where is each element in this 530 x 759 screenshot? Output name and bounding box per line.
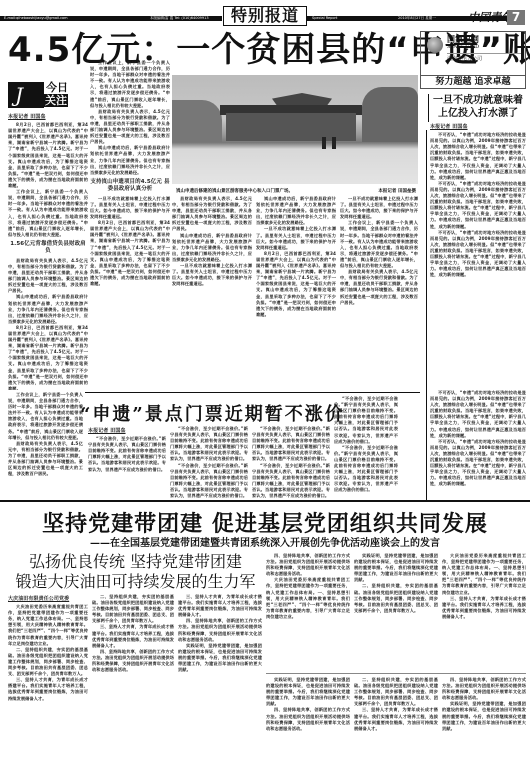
- lower-col7-text: 实践证明，坚持党建带团建，是加强团的建设的根本保证，也是促进油田可持续发展的重要…: [266, 677, 350, 707]
- lead-col3-text-2: 崀山申遗成功后，新宁县委县政府计划依托世界遗产品牌，大力发展旅游产业，力争几年内…: [172, 233, 252, 263]
- masthead-date: 2010年8月27日 星期一: [398, 16, 436, 21]
- photo-credit: 本报记者 田国垒摄: [378, 188, 416, 194]
- ad-company: 湖南省电力公司: [447, 56, 482, 62]
- lower-inner-rule: [266, 673, 526, 674]
- lower-column-8: 二、坚持组织共建，夯实团的基层基础。油田各级党组织把团组织建设纳入党建工作整体规…: [354, 677, 438, 755]
- lower-subheadline: ——在全国基层党建带团建暨共青团系统深入开展创先争优活动座谈会上的发言: [0, 534, 530, 549]
- photo-caption: 崀山申遗后修建的崀山景区游客服务中心和入口门票广场。 本报记者 田国垒摄: [176, 188, 416, 194]
- lower-col3-text-2: 四、坚持阵地共享，创新团的工作方式方法。油田党组织为团组织开展活动提供场所和经费…: [178, 618, 262, 642]
- lead-col1-tail-text-2: 县财政局有关负责人表示，4.5亿元中，有相当部分为银行贷款和借款。为了申遗，县里…: [8, 441, 83, 478]
- photo-trees-right: [362, 87, 418, 142]
- lead-col5-text-2: 工作会议上，新宁县委一个负责人说，申遗期间，全县各部门通力合作，历时一年多。当地…: [340, 220, 418, 269]
- lower-column-3: 三、坚持人才共育，为青年成长成才搭建平台。我们实施青年人才培养工程，选拔优秀青年…: [178, 594, 262, 754]
- state-grid-logo-icon: [427, 37, 443, 53]
- lead-col4-text: 崀山申遗成功后，新宁县委县政府计划依托世界遗产品牌，大力发展旅游产业，力争几年内…: [256, 196, 336, 226]
- photo-trees-left: [172, 100, 222, 142]
- lower-col4-text: 四、坚持阵地共享，创新团的工作方式方法。油田党组织为团组织开展活动提供场所和经费…: [266, 553, 350, 577]
- lead-col1-text: 8月2日，巴西首都巴西利亚，第34届世界遗产大会上，以崀山为代表的“中国丹霞”被…: [8, 122, 88, 189]
- lower-col1-text: 大庆油田党委历来高度重视共青团工作，坚持把党建带团建作为一项重要任务，纳入党建工…: [8, 604, 88, 647]
- lower-col2-text-3: 四、坚持阵地共享，创新团的工作方式方法。油田党组织为团组织开展活动提供场所和经费…: [92, 649, 174, 673]
- ad-box: 国家电网 STATE GRID 湖南省电力公司: [420, 31, 526, 76]
- lower-column-1: 大庆油田有限责任公司党委 大庆油田党委历来高度重视共青团工作，坚持把党建带团建作…: [8, 594, 88, 754]
- lead-col4-text-3: 8月2日，巴西首都巴西利亚，第34届世界遗产大会上，以崀山为代表的“中国丹霞”被…: [256, 251, 336, 318]
- box-col4-text: “不会涨价，至少近期不会涨价。”新宁县有关负责人表示，崀山景区门票价格目前维持不…: [334, 396, 398, 445]
- sidebar-column: 本报记者 田国垒 不可否认，“申遗”成功对地方经济的拉动是显而易见的。以崀山为例…: [430, 122, 526, 384]
- lower-col2-text-2: 三、坚持人才共育，为青年成长成才搭建平台。我们实施青年人才培养工程，选拔优秀青年…: [92, 624, 174, 648]
- focus-badge-glyph: J: [15, 83, 23, 107]
- lead-col3-text-3: 一旦不成功就意味着上亿投入打水漂了。县里有关人士坦言，申遗过程中压力巨大。如今申…: [172, 263, 252, 287]
- lead-col1-tail-text: 工作会议上，新宁县委一个负责人说，申遗期间，全县各部门通力合作，历时一年多。当地…: [8, 392, 83, 441]
- lead-col2-text-2: 县财政局有关负责人表示，4.5亿元中，有相当部分为银行贷款和借款。为了申遗，县里…: [90, 109, 170, 146]
- photo-caption-text: 崀山申遗后修建的崀山景区游客服务中心和入口门票广场。: [176, 189, 293, 194]
- ad-brand: 国家电网: [447, 35, 479, 44]
- lower-col1-text-3: 三、坚持人才共育，为青年成长成才搭建平台。我们实施青年人才培养工程，选拔优秀青年…: [8, 677, 88, 701]
- photo-building: [226, 113, 356, 141]
- box-story-rule: [85, 392, 420, 393]
- lower-col9-text-2: 实践证明，坚持党建带团建，是加强团的建设的根本保证，也是促进油田可持续发展的重要…: [442, 701, 526, 731]
- lead-col4-text-2: 一旦不成功就意味着上亿投入打水漂了。县里有关人士坦言，申遗过程中压力巨大。如今申…: [256, 226, 336, 250]
- lower-deck-line1: 弘扬优良传统 坚持党建带团建: [8, 552, 263, 572]
- box-col3-text-2: “不会涨价，至少近期不会涨价。”新宁县有关负责人表示，崀山景区门票价格目前维持不…: [252, 463, 330, 498]
- lead-column-3: 县财政局有关负责人表示，4.5亿元中，有相当部分为银行贷款和借款。为了申遗，县里…: [172, 196, 252, 390]
- lead-col1-text-3: 县财政局有关负责人表示，4.5亿元中，有相当部分为银行贷款和借款。为了申遗，县里…: [8, 258, 88, 295]
- lower-column-6: 大庆油田党委历来高度重视共青团工作，坚持把党建带团建作为一项重要任务，纳入党建工…: [442, 553, 526, 653]
- masthead-editor-info: 本版编辑/雷 霞 Tel: (010)64009913: [150, 16, 209, 21]
- lower-column-2: 二、坚持组织共建，夯实团的基层基础。油田各级党组织把团组织建设纳入党建工作整体规…: [92, 594, 174, 754]
- photo-person: [332, 137, 336, 149]
- sidebar-tail-text: 不可否认，“申遗”成功对地方经济的拉动是显而易见的。以崀山为例，2009年接待游…: [430, 390, 526, 439]
- focus-badge-block: [8, 82, 44, 108]
- lead-col5-text-3: 县财政局有关负责人表示，4.5亿元中，有相当部分为银行贷款和借款。为了申遗，县里…: [340, 269, 418, 306]
- lead-column-5: 一旦不成功就意味着上亿投入打水漂了。县里有关人士坦言，申遗过程中压力巨大。如今申…: [340, 196, 418, 390]
- lower-col8-text: 二、坚持组织共建，夯实团的基层基础。油田各级党组织把团组织建设纳入党建工作整体规…: [354, 677, 438, 707]
- lead-photo: [172, 75, 418, 184]
- box-column-4: “不会涨价，至少近期不会涨价。”新宁县有关负责人表示，崀山景区门票价格目前维持不…: [334, 396, 398, 498]
- lower-col2-text: 二、坚持组织共建，夯实团的基层基础。油田各级党组织把团组织建设纳入党建工作整体规…: [92, 594, 174, 624]
- box-col4-text-2: “不会涨价，至少近期不会涨价。”新宁县有关负责人表示，崀山景区门票价格目前维持不…: [334, 445, 398, 494]
- masthead-section-en: Special Report: [312, 16, 337, 21]
- sidebar-body: 不可否认，“申遗”成功对地方经济的拉动是显而易见的。以崀山为例，2009年接待游…: [430, 132, 526, 181]
- lead-column-2: 工作会议上，新宁县委一个负责人说，申遗期间，全县各部门通力合作，历时一年多。当地…: [90, 60, 170, 390]
- box-column-2: “不会涨价，至少近期不会涨价。”新宁县有关负责人表示，崀山景区门票价格目前维持不…: [170, 426, 248, 498]
- lead-col1-text-5: 8月2日，巴西首都巴西利亚，第34届世界遗产大会上，以崀山为代表的“中国丹霞”被…: [8, 325, 88, 390]
- today-focus-badge: J 今日 关注: [8, 82, 73, 108]
- sidebar-body-cont: 不可否认，“申遗”成功对地方经济的拉动是显而易见的。以崀山为例，2009年接待游…: [430, 181, 526, 230]
- sidebar-rule: [428, 94, 429, 122]
- lower-column-5: 实践证明，坚持党建带团建，是加强团的建设的根本保证，也是促进油田可持续发展的重要…: [354, 553, 438, 653]
- ad-slogan: 努力超越 追求卓越: [420, 76, 526, 89]
- box-col2-text-2: “不会涨价，至少近期不会涨价。”新宁县有关负责人表示，崀山景区门票价格目前维持不…: [170, 463, 248, 498]
- lead-column-1: 本报记者 田国垒 8月2日，巴西首都巴西利亚，第34届世界遗产大会上，以崀山为代…: [8, 112, 88, 390]
- box-story-headline: “申遗”景点门票近期暂不涨价: [80, 400, 345, 426]
- lower-column-4: 四、坚持阵地共享，创新团的工作方式方法。油田党组织为团组织开展活动提供场所和经费…: [266, 553, 350, 653]
- photo-person: [322, 137, 326, 149]
- section-divider: [0, 500, 530, 502]
- box-column-1: 本报记者 田国垒 “不会涨价，至少近期不会涨价。”新宁县有关负责人表示，崀山景区…: [88, 426, 166, 498]
- box-col3-text: “不会涨价，至少近期不会涨价。”新宁县有关负责人表示，崀山景区门票价格目前维持不…: [252, 426, 330, 463]
- lead-column-1-tail: 工作会议上，新宁县委一个负责人说，申遗期间，全县各部门通力合作，历时一年多。当地…: [8, 392, 83, 497]
- lead-col1-text-2: 工作会议上，新宁县委一个负责人说，申遗期间，全县各部门通力合作，历时一年多。当地…: [8, 189, 88, 238]
- lead-col3-text: 县财政局有关负责人表示，4.5亿元中，有相当部分为银行贷款和借款。为了申遗，县里…: [172, 196, 252, 233]
- lower-col3-text: 三、坚持人才共育，为青年成长成才搭建平台。我们实施青年人才培养工程，选拔优秀青年…: [178, 594, 262, 618]
- lower-col9-text: 四、坚持阵地共享，创新团的工作方式方法。油田党组织为团组织开展活动提供场所和经费…: [442, 677, 526, 701]
- section-title: 特别报道: [223, 6, 307, 26]
- sidebar-tail-text-2: 不可否认，“申遗”成功对地方经济的拉动是显而易见的。以崀山为例，2009年接待游…: [430, 439, 526, 488]
- lead-col2-text-4: 一旦不成功就意味着上亿投入打水漂了。县里有关人士坦言，申遗过程中压力巨大。如今申…: [90, 196, 170, 220]
- lower-col6-text-2: 三、坚持人才共育，为青年成长成才搭建平台。我们实施青年人才培养工程，选拔优秀青年…: [442, 596, 526, 620]
- sidebar-body-cont2: 不可否认，“申遗”成功对地方经济的拉动是显而易见的。以崀山为例，2009年接待游…: [430, 230, 526, 279]
- sidebar-column-tail: 不可否认，“申遗”成功对地方经济的拉动是显而易见的。以崀山为例，2009年接待游…: [430, 390, 526, 498]
- masthead-email: E-mail:qihebaoshijiaoyu@gmail.com: [4, 16, 68, 21]
- lead-subhead-2: 支持崀山申遗项目的4.5亿元 县委县政府认真分析: [90, 179, 170, 193]
- lead-col1-text-4: 崀山申遗成功后，新宁县委县政府计划依托世界遗产品牌，大力发展旅游产业，力争几年内…: [8, 294, 88, 324]
- lead-col2-text-5: 8月2日，巴西首都巴西利亚，第34届世界遗产大会上，以崀山为代表的“中国丹霞”被…: [90, 220, 170, 287]
- lower-col4-text-2: 大庆油田党委历来高度重视共青团工作，坚持把党建带团建作为一项重要任务，纳入党建工…: [266, 577, 350, 620]
- box-byline: 本报记者 田国垒: [88, 428, 166, 434]
- lead-byline: 本报记者 田国垒: [8, 114, 88, 120]
- lower-col5-text-2: 二、坚持组织共建，夯实团的基层基础。油田各级党组织把团组织建设纳入党建工作整体规…: [354, 583, 438, 613]
- lower-column-7: 实践证明，坚持党建带团建，是加强团的建设的根本保证，也是促进油田可持续发展的重要…: [266, 677, 350, 755]
- lead-col2-text: 工作会议上，新宁县委一个负责人说，申遗期间，全县各部门通力合作，历时一年多。当地…: [90, 60, 170, 109]
- lower-col7-text-2: 四、坚持阵地共享，创新团的工作方式方法。油田党组织为团组织开展活动提供场所和经费…: [266, 707, 350, 731]
- page-number: 7: [507, 10, 525, 25]
- lower-col3-text-3: 实践证明，坚持党建带团建，是加强团的建设的根本保证，也是促进油田可持续发展的重要…: [178, 643, 262, 673]
- lower-col1-text-2: 二、坚持组织共建，夯实团的基层基础。油田各级党组织把团组织建设纳入党建工作整体规…: [8, 647, 88, 677]
- lower-byline: 大庆油田有限责任公司党委: [8, 596, 88, 602]
- focus-badge-line1: 今日: [46, 82, 68, 94]
- lead-col2-text-3: 崀山申遗成功后，新宁县委县政府计划依托世界遗产品牌，大力发展旅游产业，力争几年内…: [90, 145, 170, 175]
- lower-column-9: 四、坚持阵地共享，创新团的工作方式方法。油田党组织为团组织开展活动提供场所和经费…: [442, 677, 526, 755]
- box-col1-text: “不会涨价，至少近期不会涨价。”新宁县有关负责人表示，崀山景区门票价格目前维持不…: [88, 436, 166, 473]
- lead-column-4: 崀山申遗成功后，新宁县委县政府计划依托世界遗产品牌，大力发展旅游产业，力争几年内…: [256, 196, 336, 390]
- box-col2-text: “不会涨价，至少近期不会涨价。”新宁县有关负责人表示，崀山景区门票价格目前维持不…: [170, 426, 248, 463]
- box-column-3: “不会涨价，至少近期不会涨价。”新宁县有关负责人表示，崀山景区门票价格目前维持不…: [252, 426, 330, 498]
- lower-col8-text-2: 三、坚持人才共育，为青年成长成才搭建平台。我们实施青年人才培养工程，选拔优秀青年…: [354, 707, 438, 731]
- ad-brand-en: STATE GRID: [447, 44, 479, 50]
- lead-col5-text: 一旦不成功就意味着上亿投入打水漂了。县里有关人士坦言，申遗过程中压力巨大。如今申…: [340, 196, 418, 220]
- sidebar-vertical-rule: [426, 130, 427, 500]
- ad-divider: [447, 53, 521, 54]
- lower-col6-text: 大庆油田党委历来高度重视共青团工作，坚持把党建带团建作为一项重要任务，纳入党建工…: [442, 553, 526, 596]
- lead-subhead-1: 1.56亿元背靠借贷负县财政肩负: [8, 241, 88, 255]
- lower-col5-text: 实践证明，坚持党建带团建，是加强团的建设的根本保证，也是促进油田可持续发展的重要…: [354, 553, 438, 583]
- sidebar-byline: 本报记者 田国垒: [430, 124, 526, 130]
- lower-deck-line2: 锻造大庆油田可持续发展的生力军: [8, 572, 263, 592]
- focus-badge-line2: 关注: [44, 94, 68, 107]
- lower-deck: 弘扬优良传统 坚持党建带团建 锻造大庆油田可持续发展的生力军: [8, 552, 263, 592]
- sidebar-headline: 一旦不成功就意味着上亿投入打水漂了: [430, 94, 526, 120]
